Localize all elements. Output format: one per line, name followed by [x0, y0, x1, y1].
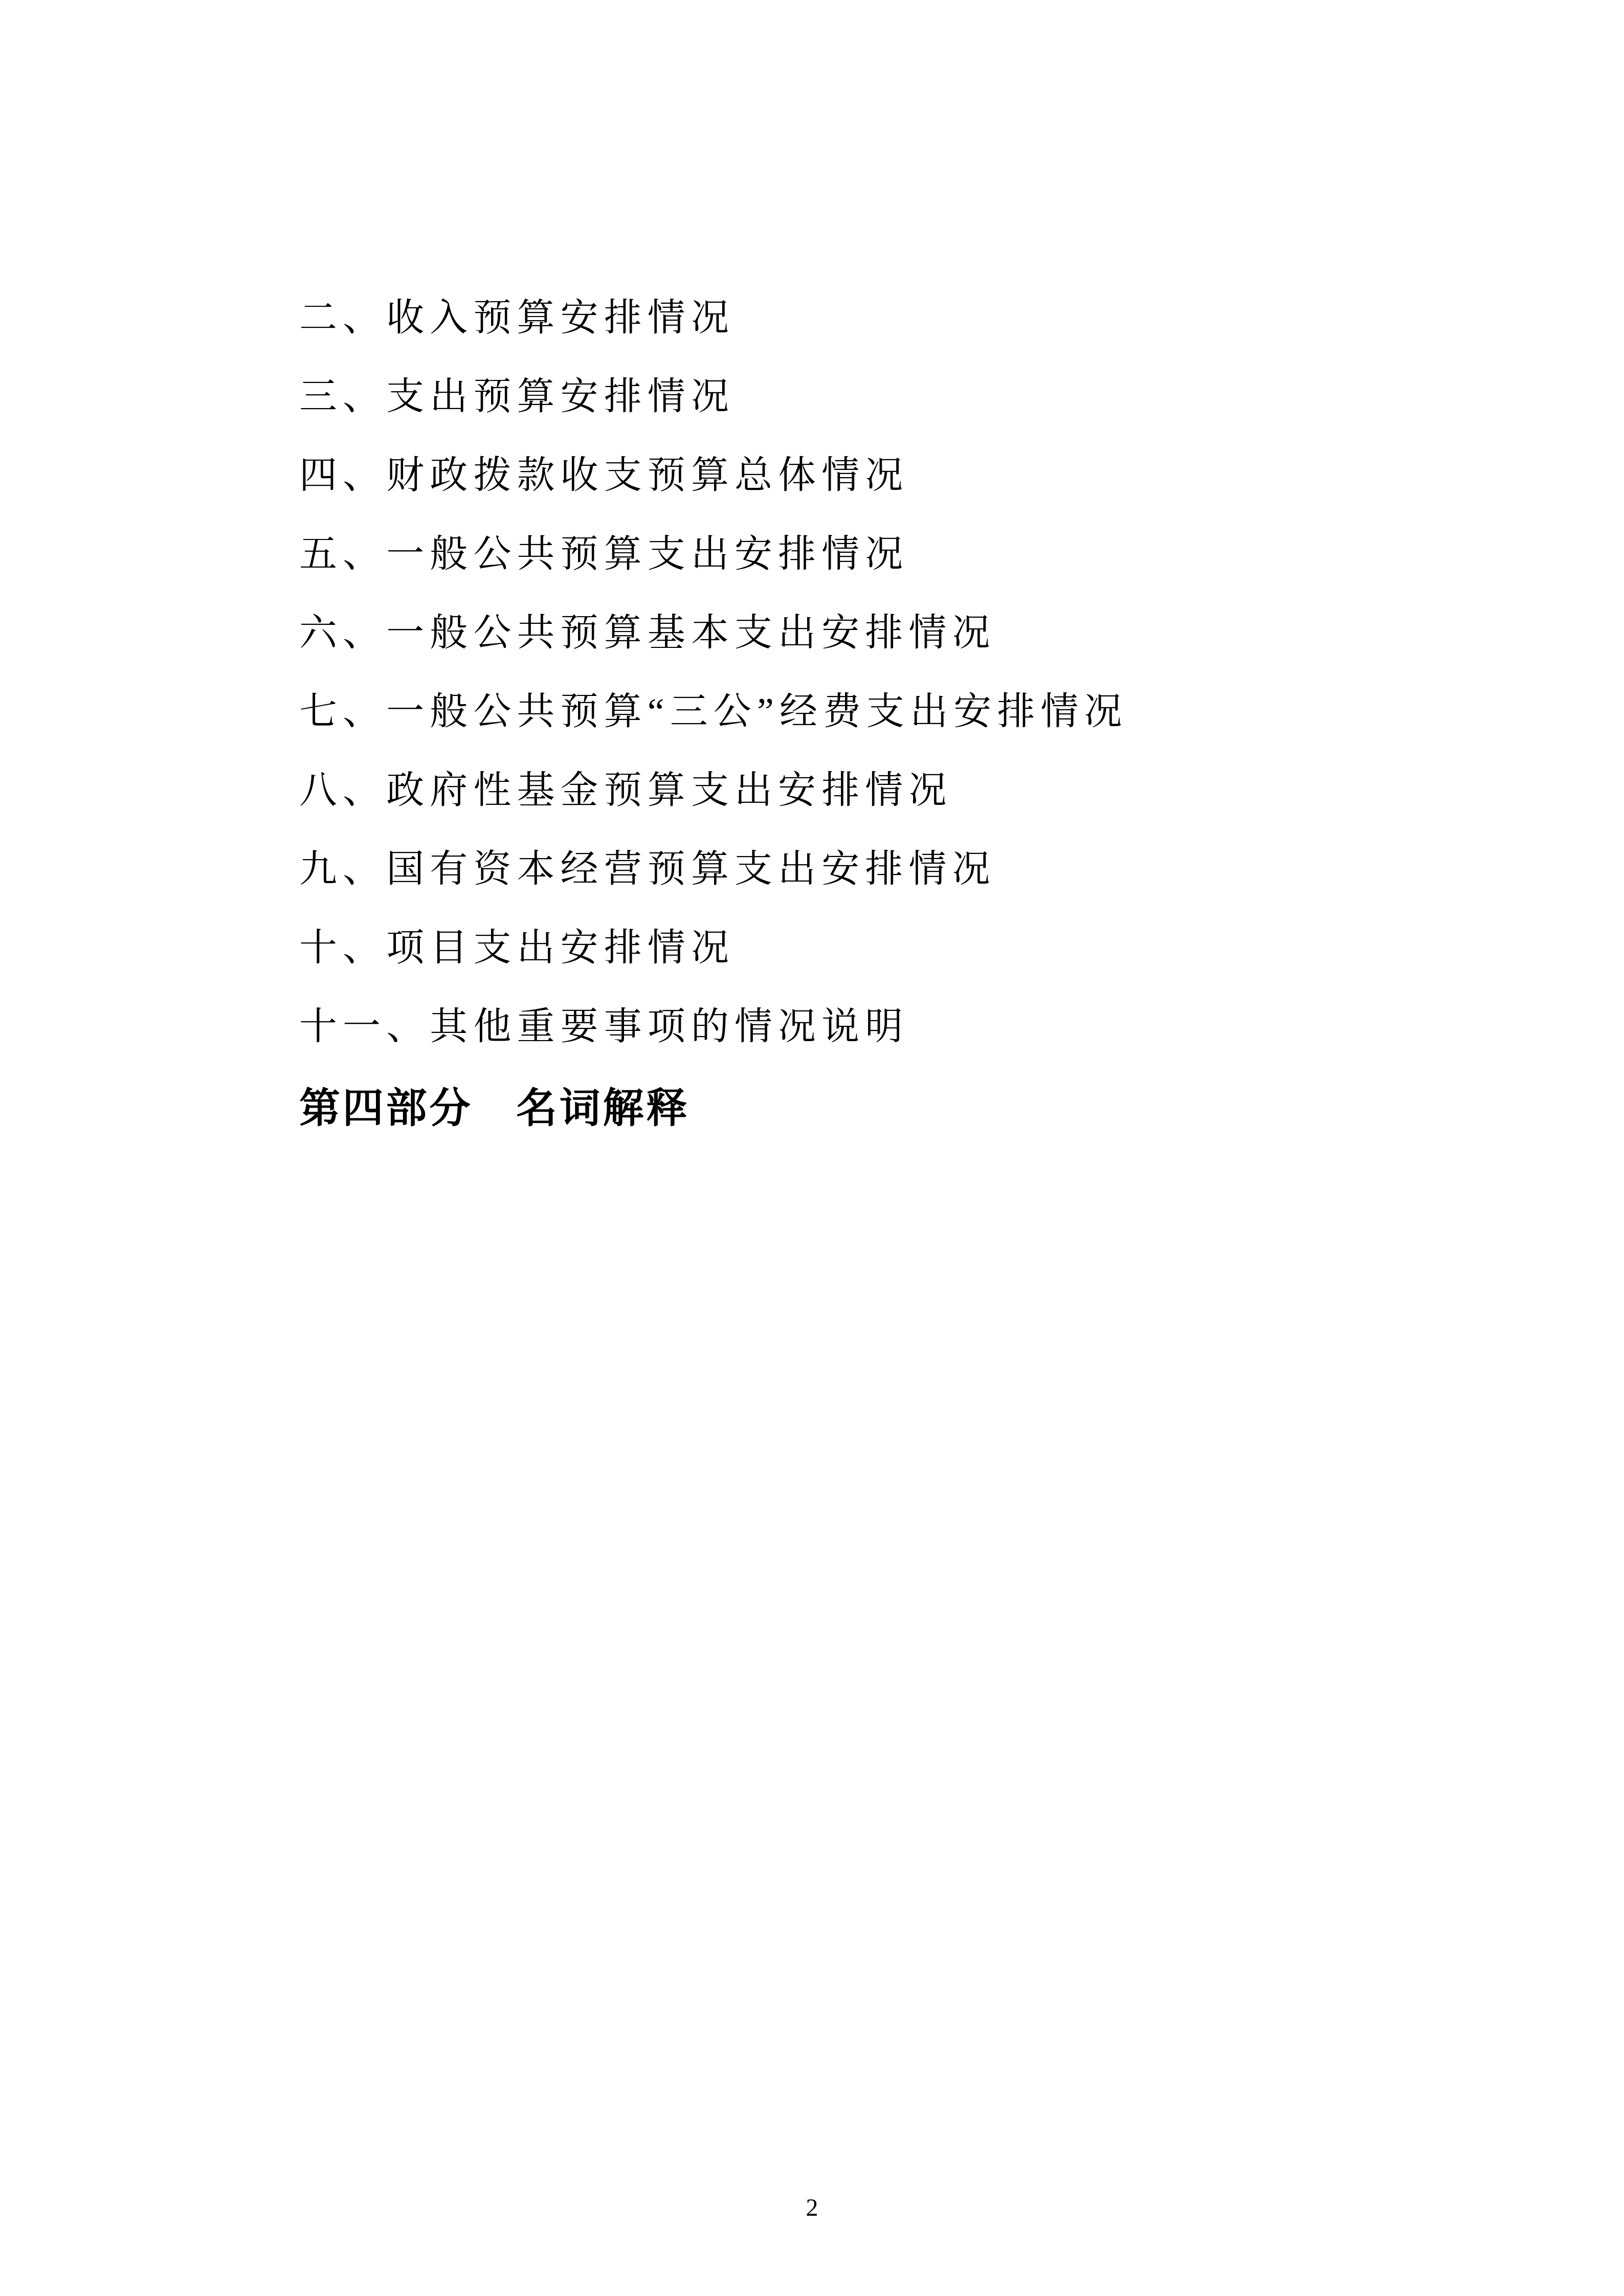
toc-item: 六、一般公共预算基本支出安排情况 — [299, 594, 1128, 672]
page-footer: 2 — [0, 2194, 1624, 2222]
toc-item: 四、财政拨款收支预算总体情况 — [299, 436, 1128, 515]
table-of-contents: 二、收入预算安排情况 三、支出预算安排情况 四、财政拨款收支预算总体情况 五、一… — [299, 279, 1128, 1150]
toc-item: 十一、其他重要事项的情况说明 — [299, 987, 1128, 1066]
document-page: 二、收入预算安排情况 三、支出预算安排情况 四、财政拨款收支预算总体情况 五、一… — [0, 0, 1624, 2296]
toc-item: 二、收入预算安排情况 — [299, 279, 1128, 357]
toc-item: 九、国有资本经营预算支出安排情况 — [299, 830, 1128, 909]
section-heading: 第四部分 名词解释 — [299, 1066, 1128, 1150]
toc-item: 八、政府性基金预算支出安排情况 — [299, 751, 1128, 830]
toc-item: 十、项目支出安排情况 — [299, 909, 1128, 987]
toc-item: 三、支出预算安排情况 — [299, 357, 1128, 436]
toc-item: 五、一般公共预算支出安排情况 — [299, 515, 1128, 594]
page-number: 2 — [806, 2194, 818, 2222]
toc-item: 七、一般公共预算“三公”经费支出安排情况 — [299, 672, 1128, 751]
